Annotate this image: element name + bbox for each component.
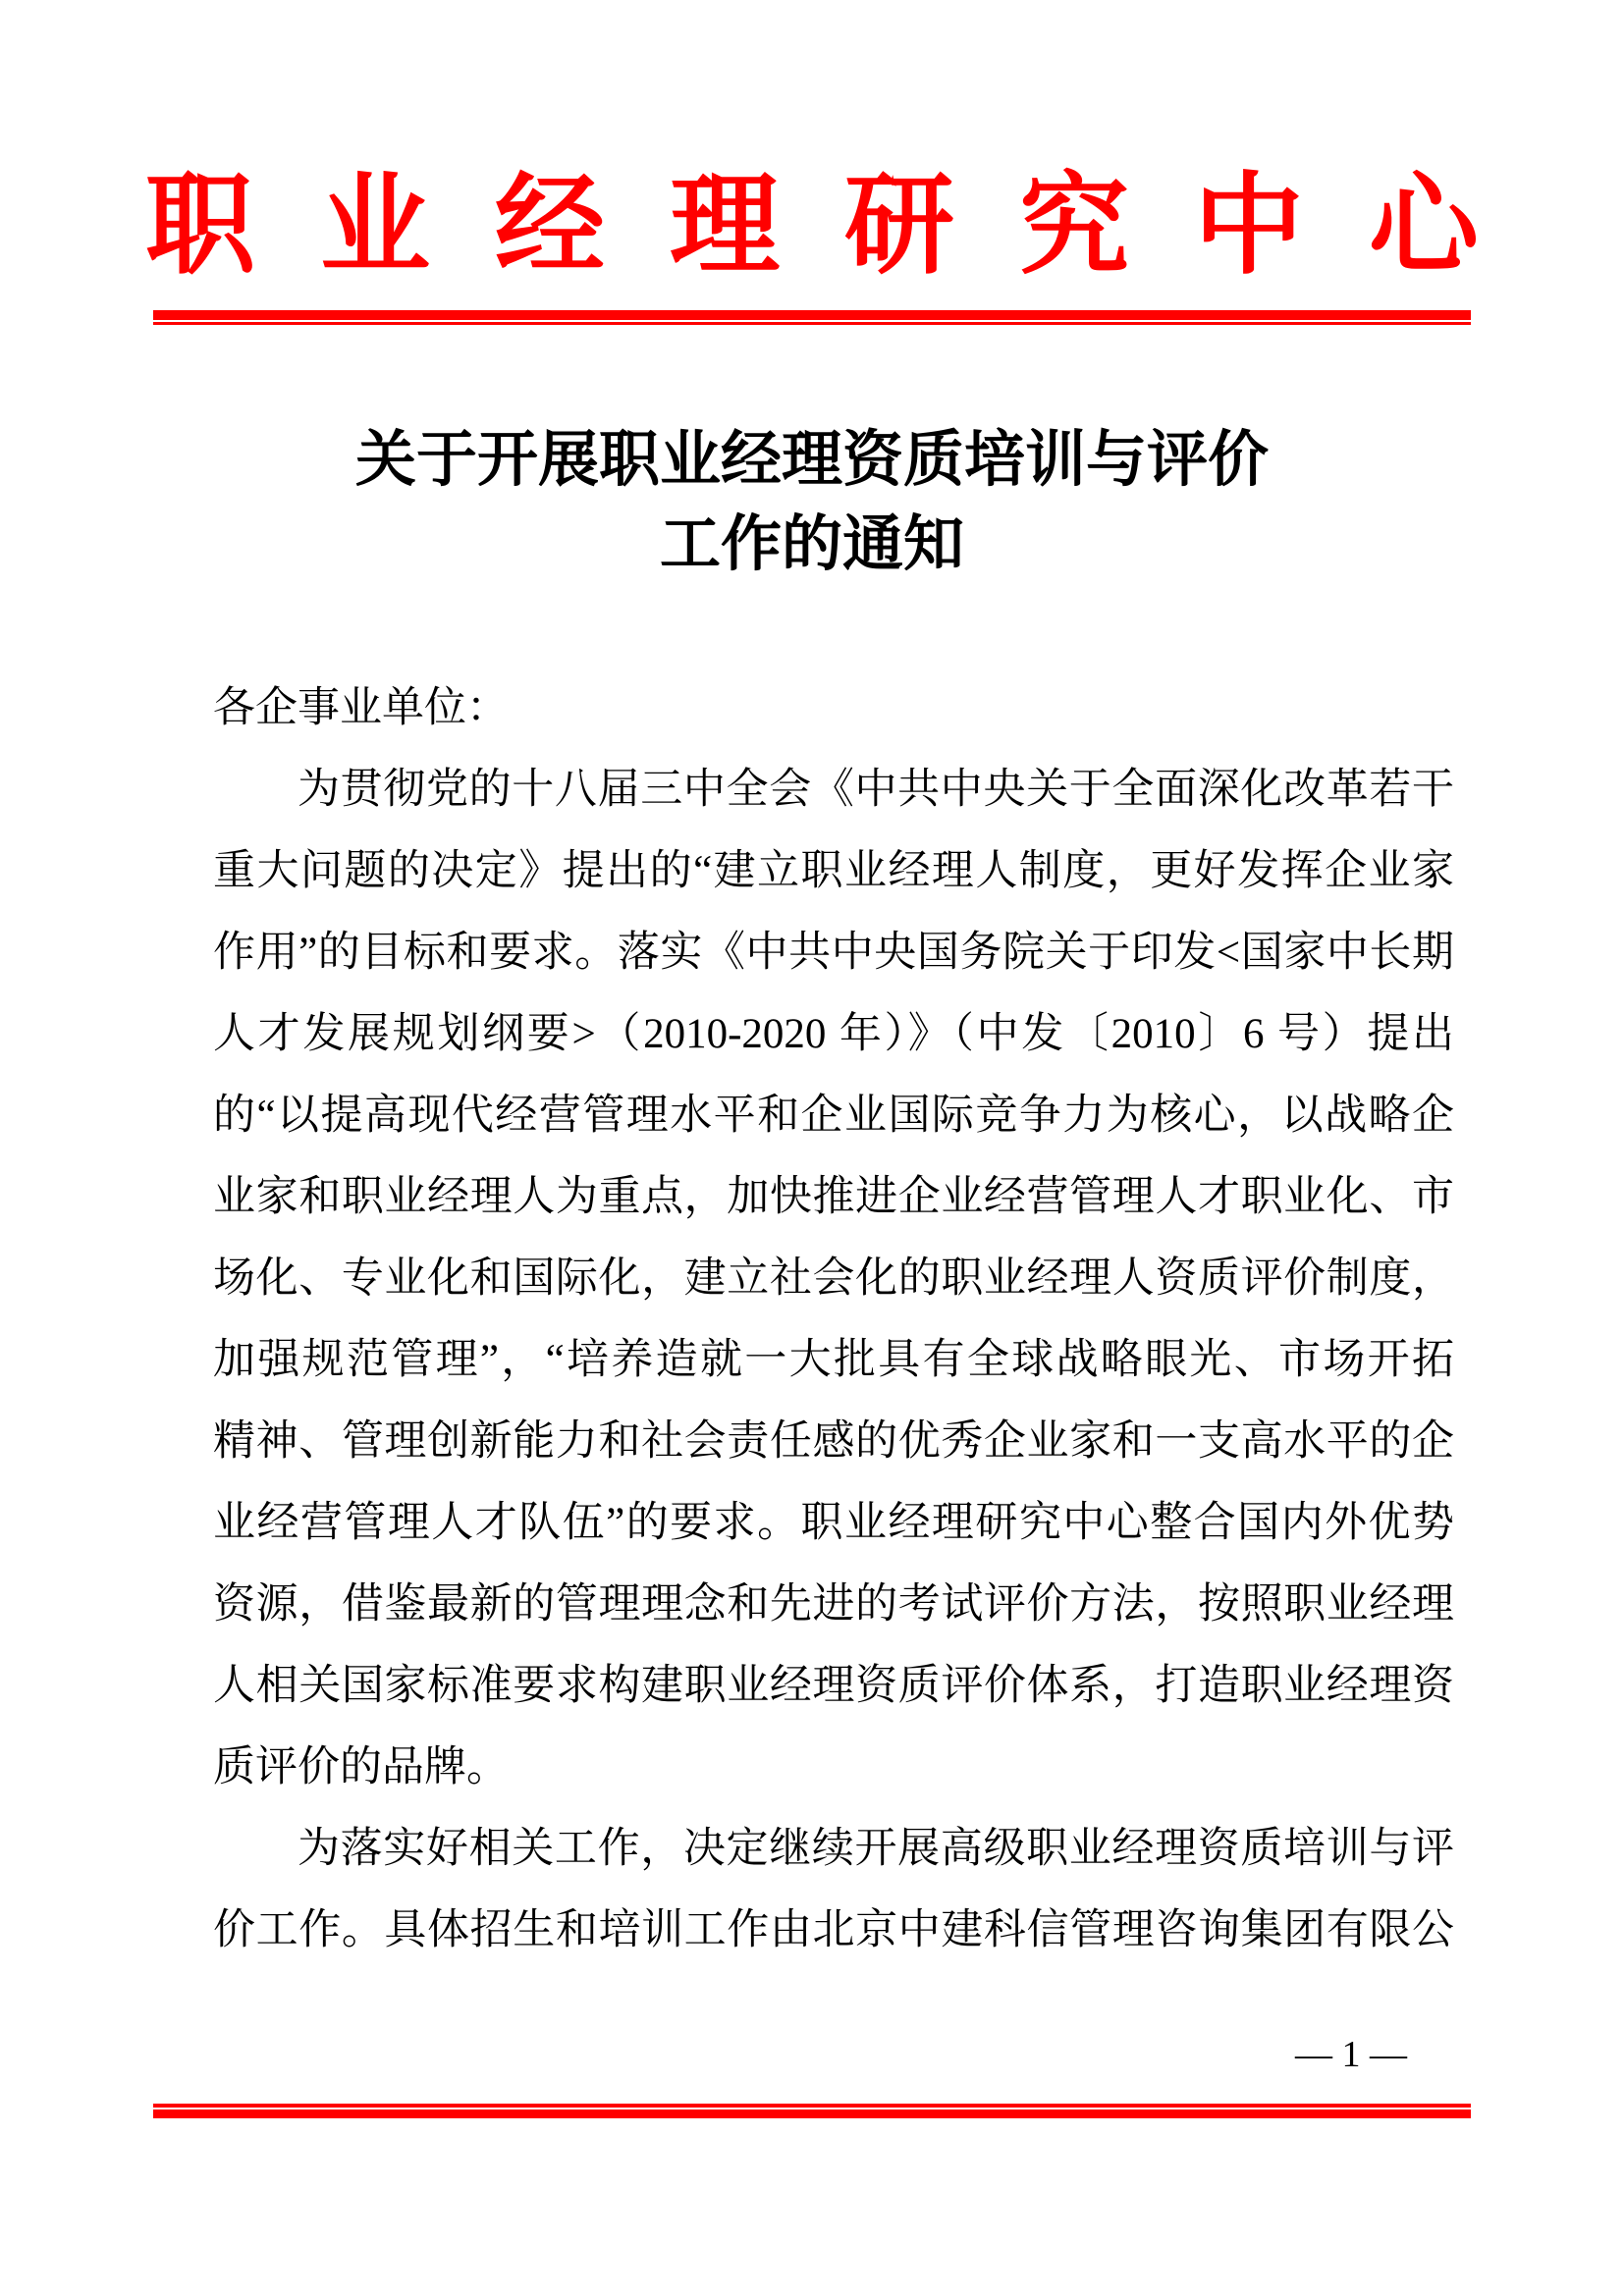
body-text-line: 加强规范管理”，“培养造就一大批具有全球战略眼光、市场开拓 <box>213 1319 1454 1401</box>
rule-thin-bar <box>153 322 1471 325</box>
body-text-line: 业家和职业经理人为重点，加快推进企业经营管理人才职业化、市 <box>213 1156 1454 1238</box>
rule-thick-bar <box>153 310 1471 320</box>
body-text-line: 为落实好相关工作，决定继续开展高级职业经理资质培训与评 <box>213 1808 1454 1890</box>
document-body: 各企事业单位： 为贯彻党的十八届三中全会《中共中央关于全面深化改革若干重大问题的… <box>213 667 1454 1971</box>
letterhead-separator-rule <box>153 310 1471 325</box>
rule-thick-bar <box>153 2109 1471 2118</box>
document-title: 关于开展职业经理资质培训与评价 工作的通知 <box>0 418 1624 587</box>
body-text-line: 精神、管理创新能力和社会责任感的优秀企业家和一支高水平的企 <box>213 1401 1454 1482</box>
body-text-line: 的“以提高现代经营管理水平和企业国际竞争力为核心，以战略企 <box>213 1075 1454 1156</box>
body-text-line: 资源，借鉴最新的管理理念和先进的考试评价方法，按照职业经理 <box>213 1564 1454 1645</box>
letterhead-org-name: 职业经理研究中心 <box>0 169 1624 285</box>
body-text-line: 人才发展规划纲要>（2010-2020 年）》（中发〔2010〕6 号）提出 <box>213 993 1454 1075</box>
body-text-line: 重大问题的决定》提出的“建立职业经理人制度，更好发挥企业家 <box>213 830 1454 912</box>
body-text-line: 业经营管理人才队伍”的要求。职业经理研究中心整合国内外优势 <box>213 1482 1454 1564</box>
page-number: — 1 — <box>1295 2034 1407 2075</box>
body-text-line: 质评价的品牌。 <box>213 1727 1454 1808</box>
document-title-line1: 关于开展职业经理资质培训与评价 <box>0 418 1624 503</box>
body-text-line: 价工作。具体招生和培训工作由北京中建科信管理咨询集团有限公 <box>213 1890 1454 1971</box>
footer-separator-rule <box>153 2104 1471 2118</box>
body-text-line: 场化、专业化和国际化，建立社会化的职业经理人资质评价制度， <box>213 1238 1454 1319</box>
document-title-line2: 工作的通知 <box>0 503 1624 587</box>
salutation: 各企事业单位： <box>213 667 1454 749</box>
body-text-line: 人相关国家标准要求构建职业经理资质评价体系，打造职业经理资 <box>213 1645 1454 1727</box>
document-page: 职业经理研究中心 关于开展职业经理资质培训与评价 工作的通知 各企事业单位： 为… <box>0 0 1624 2296</box>
body-text-line: 为贯彻党的十八届三中全会《中共中央关于全面深化改革若干 <box>213 749 1454 830</box>
body-text-line: 作用”的目标和要求。落实《中共中央国务院关于印发<国家中长期 <box>213 912 1454 993</box>
body-lines: 为贯彻党的十八届三中全会《中共中央关于全面深化改革若干重大问题的决定》提出的“建… <box>213 749 1454 1971</box>
